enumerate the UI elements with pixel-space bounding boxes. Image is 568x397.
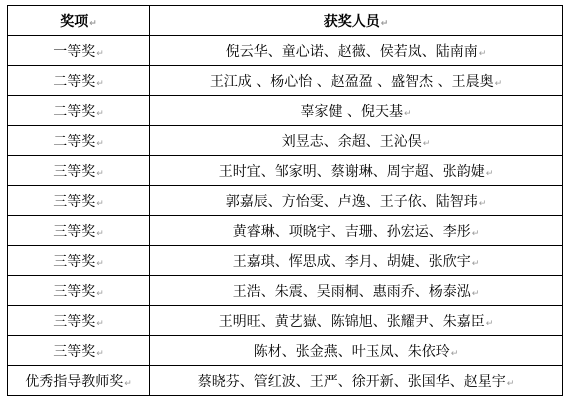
award-cell[interactable]: 三等奖↵ bbox=[8, 336, 150, 366]
award-cell[interactable]: 三等奖↵ bbox=[8, 276, 150, 306]
winners-cell[interactable]: 辜家健 、倪天基↵ bbox=[150, 96, 563, 126]
paragraph-mark-icon: ↵ bbox=[96, 259, 104, 269]
paragraph-mark-icon: ↵ bbox=[96, 109, 104, 119]
winners-cell[interactable]: 王浩、朱震、吴雨桐、惠雨乔、杨泰泓↵ bbox=[150, 276, 563, 306]
paragraph-mark-icon: ↵ bbox=[96, 319, 104, 329]
paragraph-mark-icon: ↵ bbox=[472, 229, 480, 239]
table-row: 优秀指导教师奖↵ 蔡晓芬、管红波、王严、徐开新、张国华、赵星宇↵ bbox=[8, 366, 563, 396]
table-row: 二等奖↵ 辜家健 、倪天基↵ bbox=[8, 96, 563, 126]
winners-cell[interactable]: 黄睿琳、项晓宇、吉珊、孙宏运、李彤↵ bbox=[150, 216, 563, 246]
paragraph-mark-icon: ↵ bbox=[89, 19, 97, 29]
paragraph-mark-icon: ↵ bbox=[96, 199, 104, 209]
document-page: 奖项↵ 获奖人员↵ 一等奖↵ 倪云华、童心诺、赵薇、侯若岚、陆南南↵ 二等奖↵ … bbox=[0, 0, 568, 397]
paragraph-mark-icon: ↵ bbox=[404, 109, 412, 119]
paragraph-mark-icon: ↵ bbox=[495, 79, 503, 89]
paragraph-mark-icon: ↵ bbox=[96, 139, 104, 149]
paragraph-mark-icon: ↵ bbox=[507, 379, 515, 389]
table-header-row: 奖项↵ 获奖人员↵ bbox=[8, 6, 563, 36]
table-row: 三等奖↵ 王时宜、邹家明、蔡谢琳、周宇超、张韵婕↵ bbox=[8, 156, 563, 186]
table-row: 三等奖↵ 王浩、朱震、吴雨桐、惠雨乔、杨泰泓↵ bbox=[8, 276, 563, 306]
winners-cell[interactable]: 王时宜、邹家明、蔡谢琳、周宇超、张韵婕↵ bbox=[150, 156, 563, 186]
winners-cell[interactable]: 倪云华、童心诺、赵薇、侯若岚、陆南南↵ bbox=[150, 36, 563, 66]
paragraph-mark-icon: ↵ bbox=[96, 79, 104, 89]
paragraph-mark-icon: ↵ bbox=[479, 49, 487, 59]
paragraph-mark-icon: ↵ bbox=[479, 199, 487, 209]
award-cell[interactable]: 二等奖↵ bbox=[8, 96, 150, 126]
table-row: 三等奖↵ 王嘉琪、恽思成、李月、胡婕、张欣宇↵ bbox=[8, 246, 563, 276]
paragraph-mark-icon: ↵ bbox=[381, 19, 389, 29]
winners-cell[interactable]: 王明旺、黄艺嶽、陈锦旭、张耀尹、朱嘉臣↵ bbox=[150, 306, 563, 336]
paragraph-mark-icon: ↵ bbox=[451, 349, 459, 359]
table-row: 一等奖↵ 倪云华、童心诺、赵薇、侯若岚、陆南南↵ bbox=[8, 36, 563, 66]
award-cell[interactable]: 二等奖↵ bbox=[8, 66, 150, 96]
award-cell[interactable]: 三等奖↵ bbox=[8, 156, 150, 186]
awards-table: 奖项↵ 获奖人员↵ 一等奖↵ 倪云华、童心诺、赵薇、侯若岚、陆南南↵ 二等奖↵ … bbox=[7, 5, 563, 396]
header-award[interactable]: 奖项↵ bbox=[8, 6, 150, 36]
award-cell[interactable]: 三等奖↵ bbox=[8, 246, 150, 276]
paragraph-mark-icon: ↵ bbox=[96, 289, 104, 299]
award-cell[interactable]: 三等奖↵ bbox=[8, 306, 150, 336]
table-row: 二等奖↵ 刘昱志、余超、王沁俣↵ bbox=[8, 126, 563, 156]
winners-cell[interactable]: 刘昱志、余超、王沁俣↵ bbox=[150, 126, 563, 156]
paragraph-mark-icon: ↵ bbox=[124, 379, 132, 389]
paragraph-mark-icon: ↵ bbox=[472, 259, 480, 269]
paragraph-mark-icon: ↵ bbox=[96, 49, 104, 59]
paragraph-mark-icon: ↵ bbox=[423, 139, 431, 149]
award-cell[interactable]: 三等奖↵ bbox=[8, 216, 150, 246]
table-row: 二等奖↵ 王江成 、杨心怡 、赵盈盈 、盛智杰 、王晨奥↵ bbox=[8, 66, 563, 96]
paragraph-mark-icon: ↵ bbox=[472, 289, 480, 299]
winners-cell[interactable]: 郭嘉辰、方怡雯、卢逸、王子依、陆智玮↵ bbox=[150, 186, 563, 216]
paragraph-mark-icon: ↵ bbox=[96, 349, 104, 359]
award-cell[interactable]: 优秀指导教师奖↵ bbox=[8, 366, 150, 396]
paragraph-mark-icon: ↵ bbox=[96, 169, 104, 179]
award-cell[interactable]: 二等奖↵ bbox=[8, 126, 150, 156]
winners-cell[interactable]: 蔡晓芬、管红波、王严、徐开新、张国华、赵星宇↵ bbox=[150, 366, 563, 396]
paragraph-mark-icon: ↵ bbox=[486, 319, 494, 329]
paragraph-mark-icon: ↵ bbox=[96, 229, 104, 239]
winners-cell[interactable]: 王江成 、杨心怡 、赵盈盈 、盛智杰 、王晨奥↵ bbox=[150, 66, 563, 96]
award-cell[interactable]: 三等奖↵ bbox=[8, 186, 150, 216]
award-cell[interactable]: 一等奖↵ bbox=[8, 36, 150, 66]
table-row: 三等奖↵ 郭嘉辰、方怡雯、卢逸、王子依、陆智玮↵ bbox=[8, 186, 563, 216]
table-row: 三等奖↵ 黄睿琳、项晓宇、吉珊、孙宏运、李彤↵ bbox=[8, 216, 563, 246]
winners-cell[interactable]: 陈材、张金燕、叶玉凤、朱依玲↵ bbox=[150, 336, 563, 366]
winners-cell[interactable]: 王嘉琪、恽思成、李月、胡婕、张欣宇↵ bbox=[150, 246, 563, 276]
table-row: 三等奖↵ 陈材、张金燕、叶玉凤、朱依玲↵ bbox=[8, 336, 563, 366]
table-row: 三等奖↵ 王明旺、黄艺嶽、陈锦旭、张耀尹、朱嘉臣↵ bbox=[8, 306, 563, 336]
header-winners[interactable]: 获奖人员↵ bbox=[150, 6, 563, 36]
paragraph-mark-icon: ↵ bbox=[486, 169, 494, 179]
